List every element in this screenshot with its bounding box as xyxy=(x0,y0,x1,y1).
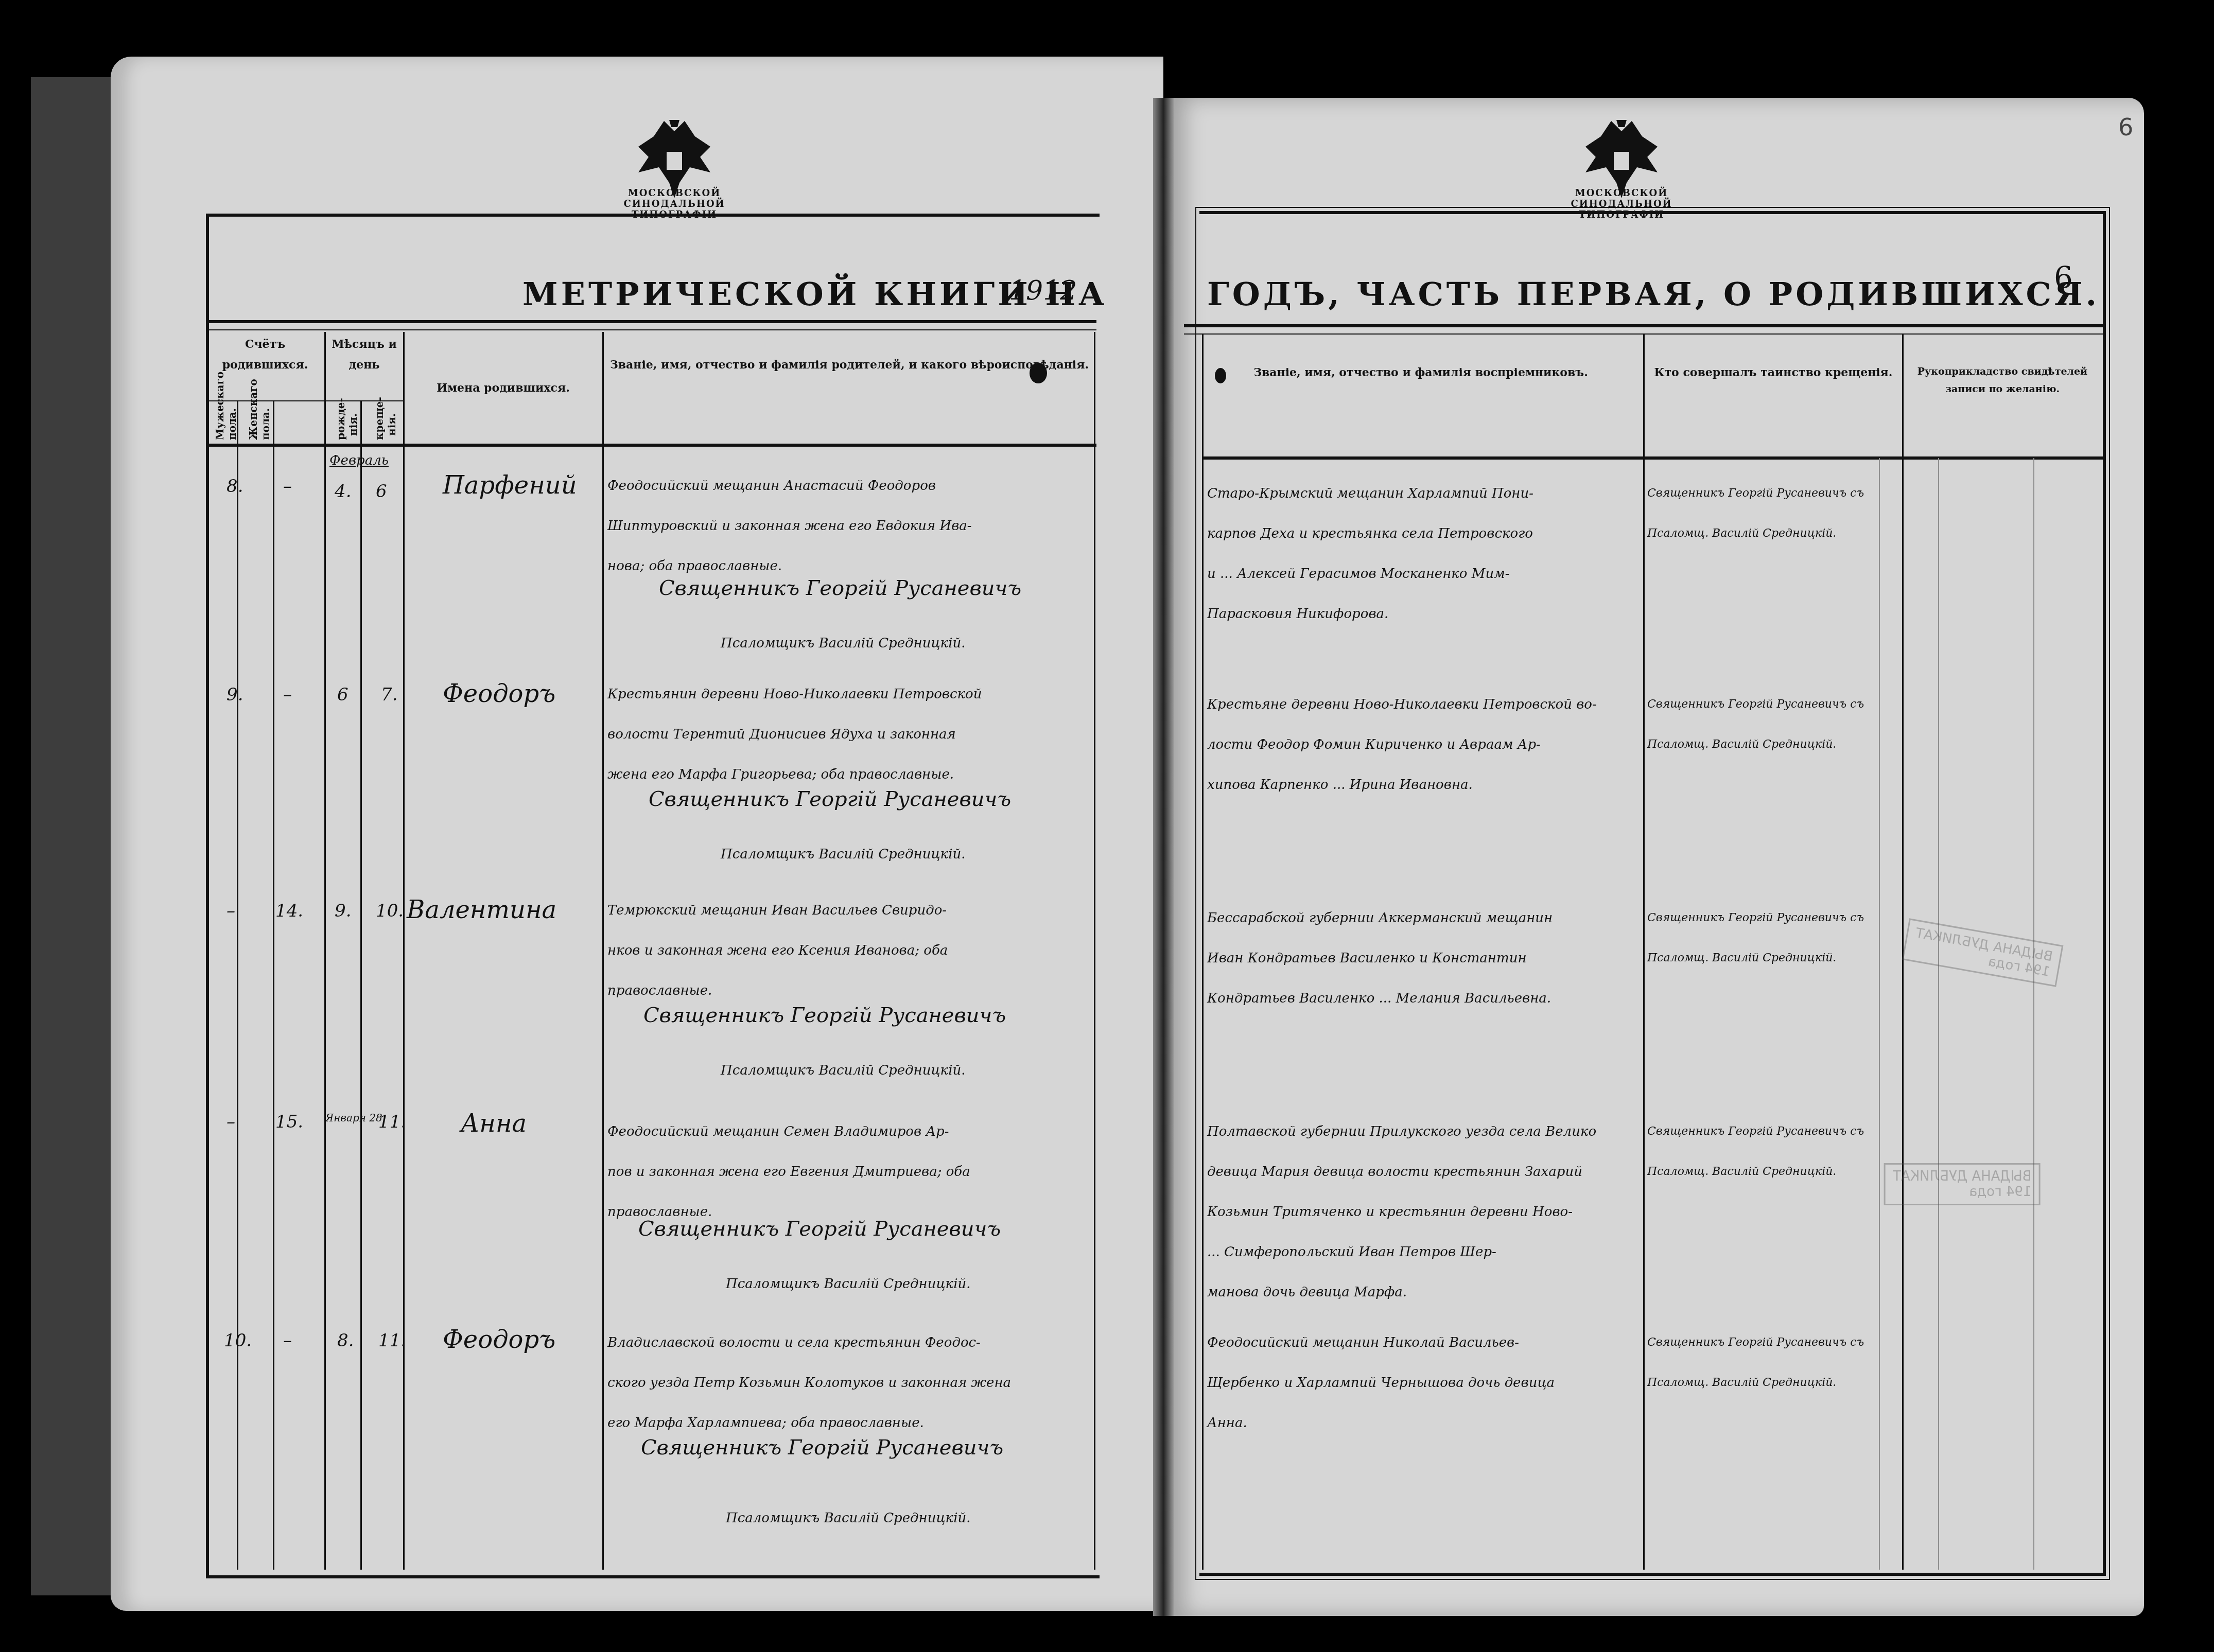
baptism-day: 11. xyxy=(378,1330,406,1351)
female-count: – xyxy=(283,476,292,497)
ink-blot xyxy=(1215,368,1226,383)
header-count: Счётъ родившихся. xyxy=(208,335,322,375)
officiant-line: Псаломщ. Василій Средницкій. xyxy=(1647,1152,1864,1192)
officiant-line: Псаломщ. Василій Средницкій. xyxy=(1647,514,1864,554)
officiant-line: Священникъ Георгій Русаневичъ съ xyxy=(1647,1112,1864,1152)
crest-ribbon: МОСКОВСКОЙ СИНОДАЛЬНОЙ ТИПОГРАФІИ xyxy=(1544,188,1699,244)
header-birth: рожде-нія. xyxy=(335,409,359,440)
officiant-line: Священникъ Георгій Русаневичъ съ xyxy=(1647,473,1864,514)
parents-line: ского уезда Петр Козьмин Колотуков и зак… xyxy=(607,1363,1011,1403)
male-count: – xyxy=(226,901,235,921)
child-name: Валентина xyxy=(407,895,556,924)
title-rule-left xyxy=(206,320,1096,323)
faint-col-line xyxy=(2033,458,2034,1570)
crest-left: МОСКОВСКОЙ СИНОДАЛЬНОЙ ТИПОГРАФІИ xyxy=(597,116,752,250)
crest-ribbon: МОСКОВСКОЙ СИНОДАЛЬНОЙ ТИПОГРАФІИ xyxy=(597,188,752,244)
col-line xyxy=(602,332,604,1570)
header-witnesses: Рукоприкладство свидѣтелей записи по жел… xyxy=(1905,363,2100,398)
godparents-line: лости Феодор Фомин Кириченко и Авраам Ар… xyxy=(1207,725,1597,765)
parents-line: волости Терентий Дионисиев Ядуха и закон… xyxy=(607,714,982,754)
godparents-line: Кондратьев Василенко ... Мелания Василье… xyxy=(1207,978,1553,1018)
godparents-line: Анна. xyxy=(1207,1403,1555,1443)
female-count: – xyxy=(283,684,292,705)
priest-signature: Священникъ Георгій Русаневичъ xyxy=(638,1217,1001,1241)
child-name: Феодоръ xyxy=(443,1325,555,1354)
officiant-line: Священникъ Георгій Русаневичъ съ xyxy=(1647,1323,1864,1363)
child-name: Парфений xyxy=(443,471,577,500)
officiant-line: Псаломщ. Василій Средницкій. xyxy=(1647,938,1864,978)
clerk-signature: Псаломщикъ Василій Средницкій. xyxy=(726,1510,970,1526)
baptism-day: 10. xyxy=(376,901,404,921)
godparents-line: Парасковия Никифорова. xyxy=(1207,594,1533,634)
parents-line: пов и законная жена его Евгения Дмитриев… xyxy=(607,1152,970,1192)
faint-col-line xyxy=(1938,458,1939,1570)
header-parents: Званіе, имя, отчество и фамилія родителе… xyxy=(607,355,1091,376)
header-godparents: Званіе, имя, отчество и фамилія воспріем… xyxy=(1235,363,1606,383)
birth-day: Января 28 xyxy=(325,1112,382,1124)
baptism-day: 7. xyxy=(381,684,397,705)
header-baptism: креще-нія. xyxy=(373,409,398,440)
child-name: Анна xyxy=(461,1109,527,1138)
col-line xyxy=(1094,332,1095,1570)
godparents-line: карпов Деха и крестьянка села Петровског… xyxy=(1207,514,1533,554)
parents-line: Феодосийский мещанин Анастасий Феодоров xyxy=(607,466,972,506)
godparents-line: Бессарабской губернии Аккерманский мещан… xyxy=(1207,898,1553,938)
col-line xyxy=(324,332,326,1570)
header-names: Имена родившихся. xyxy=(407,378,600,399)
header-female: Женскаго пола. xyxy=(247,409,272,440)
female-count: – xyxy=(283,1330,292,1351)
officiant-line: Священникъ Георгій Русаневичъ съ xyxy=(1647,684,1864,725)
ghost-stamp: ВЫДАНА ДУБЛИКАТ 194 года xyxy=(1884,1163,2041,1205)
godparents-line: хипова Карпенко ... Ирина Ивановна. xyxy=(1207,765,1597,805)
priest-signature: Священникъ Георгій Русаневичъ xyxy=(643,1004,1006,1027)
male-count: 10. xyxy=(224,1330,252,1351)
parents-line: Темрюкский мещанин Иван Васильев Свиридо… xyxy=(607,890,948,930)
stamp-line: ВЫДАНА ДУБЛИКАТ xyxy=(1893,1169,2032,1184)
page-number-printed: 6 xyxy=(2054,260,2073,295)
female-count: 14. xyxy=(275,901,303,921)
parents-line: нков и законная жена его Ксения Иванова;… xyxy=(607,930,948,971)
header-male: Мужескаго пола. xyxy=(214,409,238,440)
birth-day: 6 xyxy=(337,684,348,705)
godparents-line: и ... Алексей Герасимов Москаненко Мим- xyxy=(1207,554,1533,594)
godparents-line: Щербенко и Харлампий Чернышова дочь деви… xyxy=(1207,1363,1555,1403)
birth-day: 9. xyxy=(335,901,351,921)
godparents-line: манова дочь девица Марфа. xyxy=(1207,1272,1596,1312)
godparents-line: девица Мария девица волости крестьянин З… xyxy=(1207,1152,1596,1192)
officiant-line: Псаломщ. Василій Средницкій. xyxy=(1647,725,1864,765)
officiant-line: Псаломщ. Василій Средницкій. xyxy=(1647,1363,1864,1403)
godparents-line: Феодосийский мещанин Николай Васильев- xyxy=(1207,1323,1555,1363)
clerk-signature: Псаломщикъ Василій Средницкій. xyxy=(726,1276,970,1292)
clerk-signature: Псаломщикъ Василій Средницкій. xyxy=(721,636,965,651)
godparents-line: Старо-Крымский мещанин Харлампий Пони- xyxy=(1207,473,1533,514)
clerk-signature: Псаломщикъ Василій Средницкій. xyxy=(721,847,965,862)
female-count: 15. xyxy=(275,1112,303,1132)
col-line xyxy=(1643,335,1645,1570)
parents-line: Шиптуровский и законная жена его Евдокия… xyxy=(607,506,972,546)
header-rule-right xyxy=(1202,456,2103,460)
col-line xyxy=(360,401,362,1570)
baptism-day: 6 xyxy=(376,481,387,502)
header-month-day: Мѣсяцъ и день xyxy=(327,335,402,375)
godparents-line: Крестьяне деревни Ново-Николаевки Петров… xyxy=(1207,684,1597,725)
officiant-line: Священникъ Георгій Русаневичъ съ xyxy=(1647,898,1864,938)
male-count: 8. xyxy=(226,476,243,497)
col-line xyxy=(273,401,274,1570)
stamp-line: 194 года xyxy=(1893,1184,2032,1200)
baptism-day: 11. xyxy=(378,1112,406,1132)
month-label: Февраль xyxy=(329,453,389,468)
ink-blot xyxy=(1030,363,1047,383)
clerk-signature: Псаломщикъ Василій Средницкій. xyxy=(721,1063,965,1078)
priest-signature: Священникъ Георгій Русаневичъ xyxy=(649,787,1011,811)
header-officiant: Кто совершалъ таинство крещенія. xyxy=(1647,363,1899,383)
godparents-line: Иван Кондратьев Василенко и Константин xyxy=(1207,938,1553,978)
col-line xyxy=(237,401,238,1570)
priest-signature: Священникъ Георгій Русаневичъ xyxy=(641,1436,1003,1460)
birth-day: 8. xyxy=(337,1330,354,1351)
parents-line: Владиславской волости и села крестьянин … xyxy=(607,1323,1011,1363)
male-count: – xyxy=(226,1112,235,1132)
priest-signature: Священникъ Георгій Русаневичъ xyxy=(659,576,1021,600)
child-name: Феодоръ xyxy=(443,679,555,708)
page-number-pencil: 6 xyxy=(2118,113,2133,141)
col-line xyxy=(1202,335,1204,1570)
book-spine xyxy=(1153,98,1174,1616)
birth-day: 4. xyxy=(335,481,351,502)
godparents-line: Козьмин Тритяченко и крестьянин деревни … xyxy=(1207,1192,1596,1232)
title-rule-right xyxy=(1184,324,2103,327)
header-rule-left xyxy=(206,444,1096,447)
parents-line: Феодосийский мещанин Семен Владимиров Ар… xyxy=(607,1112,970,1152)
godparents-line: Полтавской губернии Прилукского уезда се… xyxy=(1207,1112,1596,1152)
crest-right: МОСКОВСКОЙ СИНОДАЛЬНОЙ ТИПОГРАФІИ xyxy=(1544,116,1699,250)
col-line xyxy=(403,332,405,1570)
register-year: 1912 xyxy=(1009,275,1077,306)
parents-line: Крестьянин деревни Ново-Николаевки Петро… xyxy=(607,674,982,714)
faint-col-line xyxy=(1879,458,1880,1570)
title-rule-left-thin xyxy=(206,329,1096,330)
godparents-line: ... Симферопольский Иван Петров Шер- xyxy=(1207,1232,1596,1272)
male-count: 9. xyxy=(226,684,243,705)
register-title-right: ГОДЪ, ЧАСТЬ ПЕРВАЯ, О РОДИВШИХСЯ. xyxy=(1207,275,2100,313)
